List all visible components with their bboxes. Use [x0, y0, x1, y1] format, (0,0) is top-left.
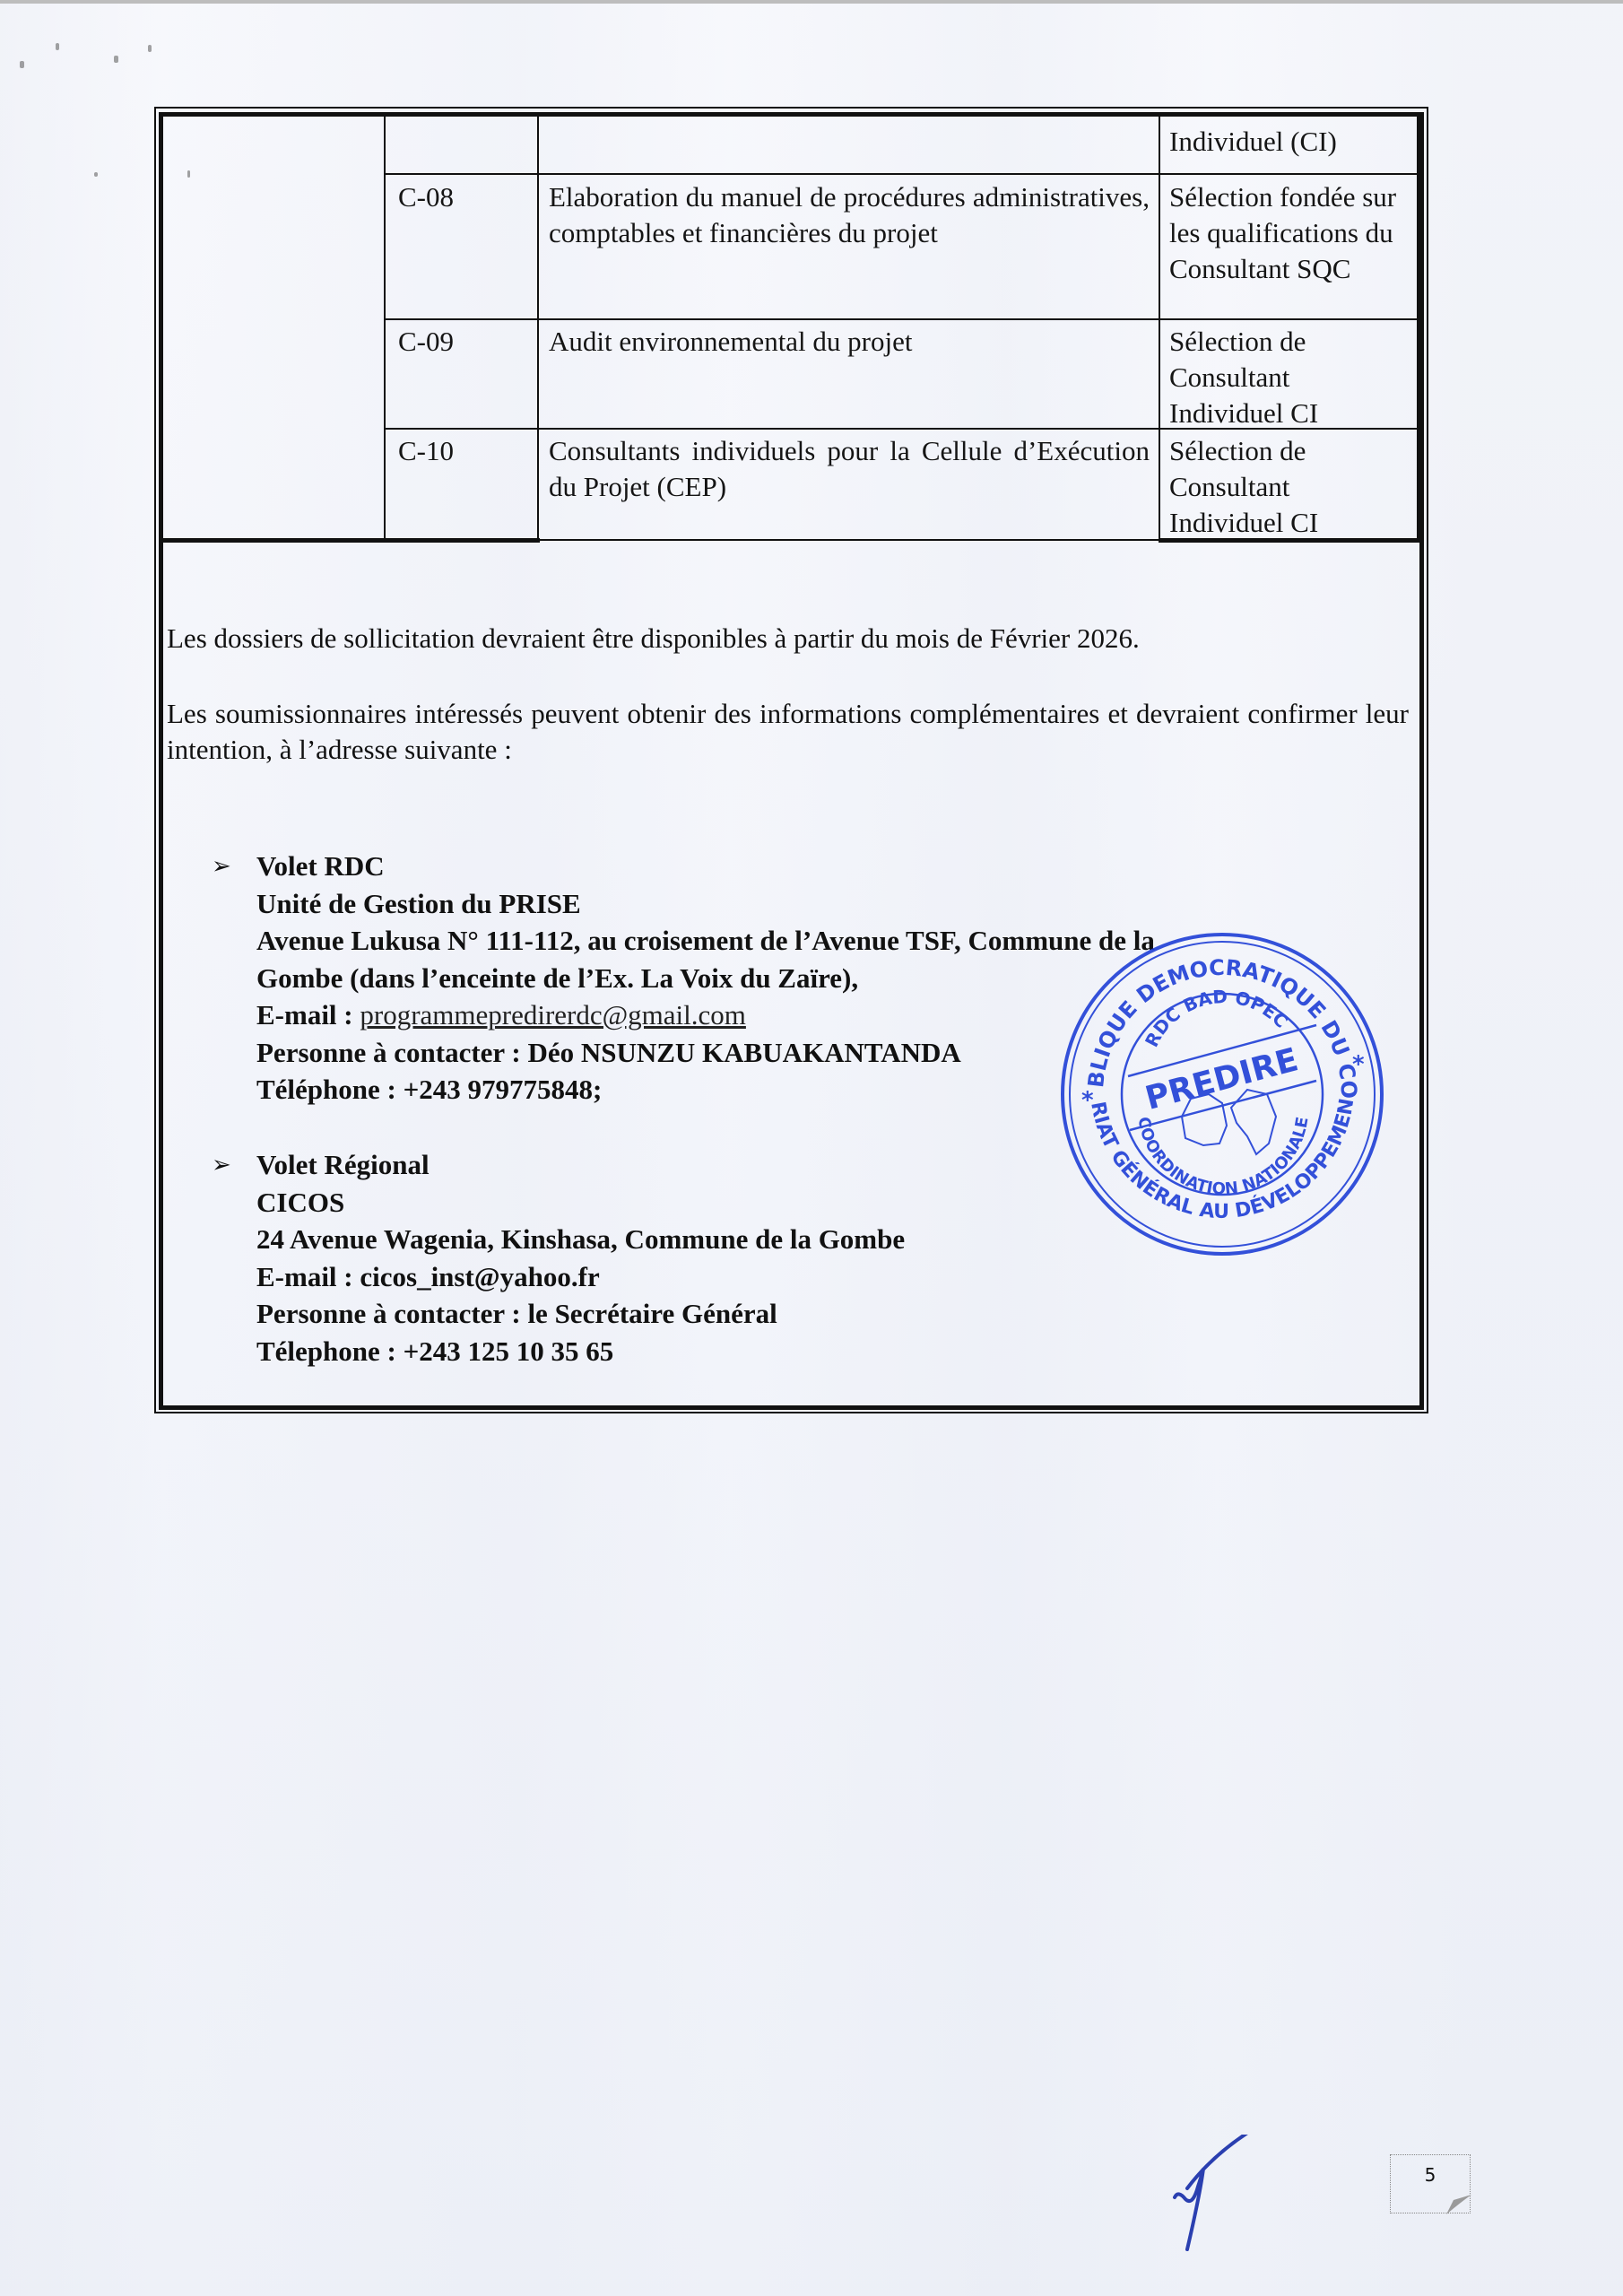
svg-text:*: *	[1081, 1087, 1094, 1114]
contact-block-rdc: ➢ Volet RDC Unité de Gestion du PRISE Av…	[212, 848, 1155, 1109]
contact-address-line: 24 Avenue Wagenia, Kinshasa, Commune de …	[212, 1221, 905, 1258]
contact-organization: CICOS	[212, 1184, 905, 1222]
svg-text:*: *	[1352, 1051, 1365, 1078]
contact-intro-paragraph: Les soumissionnaires intéressés peuvent …	[167, 696, 1409, 768]
arrow-bullet-icon: ➢	[212, 848, 231, 885]
email-text[interactable]: cicos_inst@yahoo.fr	[360, 1261, 599, 1292]
contact-person: Personne à contacter : Déo NSUNZU KABUAK…	[212, 1034, 1155, 1072]
scan-mark	[94, 172, 98, 177]
table-right-border	[1417, 117, 1421, 540]
scan-mark	[148, 45, 152, 52]
contact-title: Volet RDC	[256, 850, 385, 882]
column-divider	[1159, 117, 1160, 540]
column-divider	[537, 117, 539, 540]
contact-title: Volet Régional	[256, 1149, 430, 1180]
procurement-table: Individuel (CI) C-08 Elaboration du manu…	[163, 117, 1424, 540]
scan-mark	[56, 43, 59, 50]
contact-address-line: Gombe (dans l’enceinte de l’Ex. La Voix …	[212, 960, 1155, 997]
arrow-bullet-icon: ➢	[212, 1146, 231, 1184]
page-curl-icon	[1446, 2195, 1471, 2214]
cell-description: Elaboration du manuel de procédures admi…	[549, 179, 1150, 251]
cell-description: Audit environnemental du projet	[549, 324, 1150, 360]
official-stamp-icon: RÉPUBLIQUE DEMOCRATIQUE DU CONGO SECRÉTA…	[1056, 928, 1388, 1260]
cell-method: Sélection fondée sur les qualifications …	[1169, 179, 1411, 287]
cell-code: C-09	[398, 324, 454, 360]
page-number-text: 5	[1425, 2164, 1436, 2186]
signature-icon	[1166, 2135, 1291, 2260]
cell-method: Sélection de Consultant Individuel CI	[1169, 324, 1349, 431]
cell-description: Consultants individuels pour la Cellule …	[549, 433, 1150, 505]
cell-method: Sélection de Consultant Individuel CI	[1169, 433, 1349, 541]
email-link[interactable]: programmepredirerdc@gmail.com	[360, 999, 746, 1031]
contact-phone: Téléphone : +243 979775848;	[212, 1071, 1155, 1109]
contact-organization: Unité de Gestion du PRISE	[212, 885, 1155, 923]
email-label: E-mail :	[256, 1261, 360, 1292]
scan-edge	[0, 0, 1623, 4]
contact-block-regional: ➢ Volet Régional CICOS 24 Avenue Wagenia…	[212, 1146, 905, 1370]
cell-method: Individuel (CI)	[1169, 124, 1411, 160]
scan-mark	[20, 61, 24, 68]
table-bottom-border	[537, 539, 1160, 541]
scan-mark	[114, 56, 118, 63]
contact-address-line: Avenue Lukusa N° 111-112, au croisement …	[212, 922, 1155, 960]
contact-person: Personne à contacter : le Secrétaire Gén…	[212, 1295, 905, 1333]
cell-code: C-10	[398, 433, 454, 469]
contact-phone: Télephone : +243 125 10 35 65	[212, 1333, 905, 1370]
row-divider	[384, 318, 1419, 320]
cell-code: C-08	[398, 179, 454, 215]
email-label: E-mail :	[256, 999, 360, 1031]
availability-paragraph: Les dossiers de sollicitation devraient …	[167, 621, 1409, 657]
column-divider	[384, 117, 386, 540]
page-number: 5	[1390, 2154, 1471, 2213]
row-divider	[384, 173, 1419, 175]
table-bottom-border	[163, 538, 540, 543]
